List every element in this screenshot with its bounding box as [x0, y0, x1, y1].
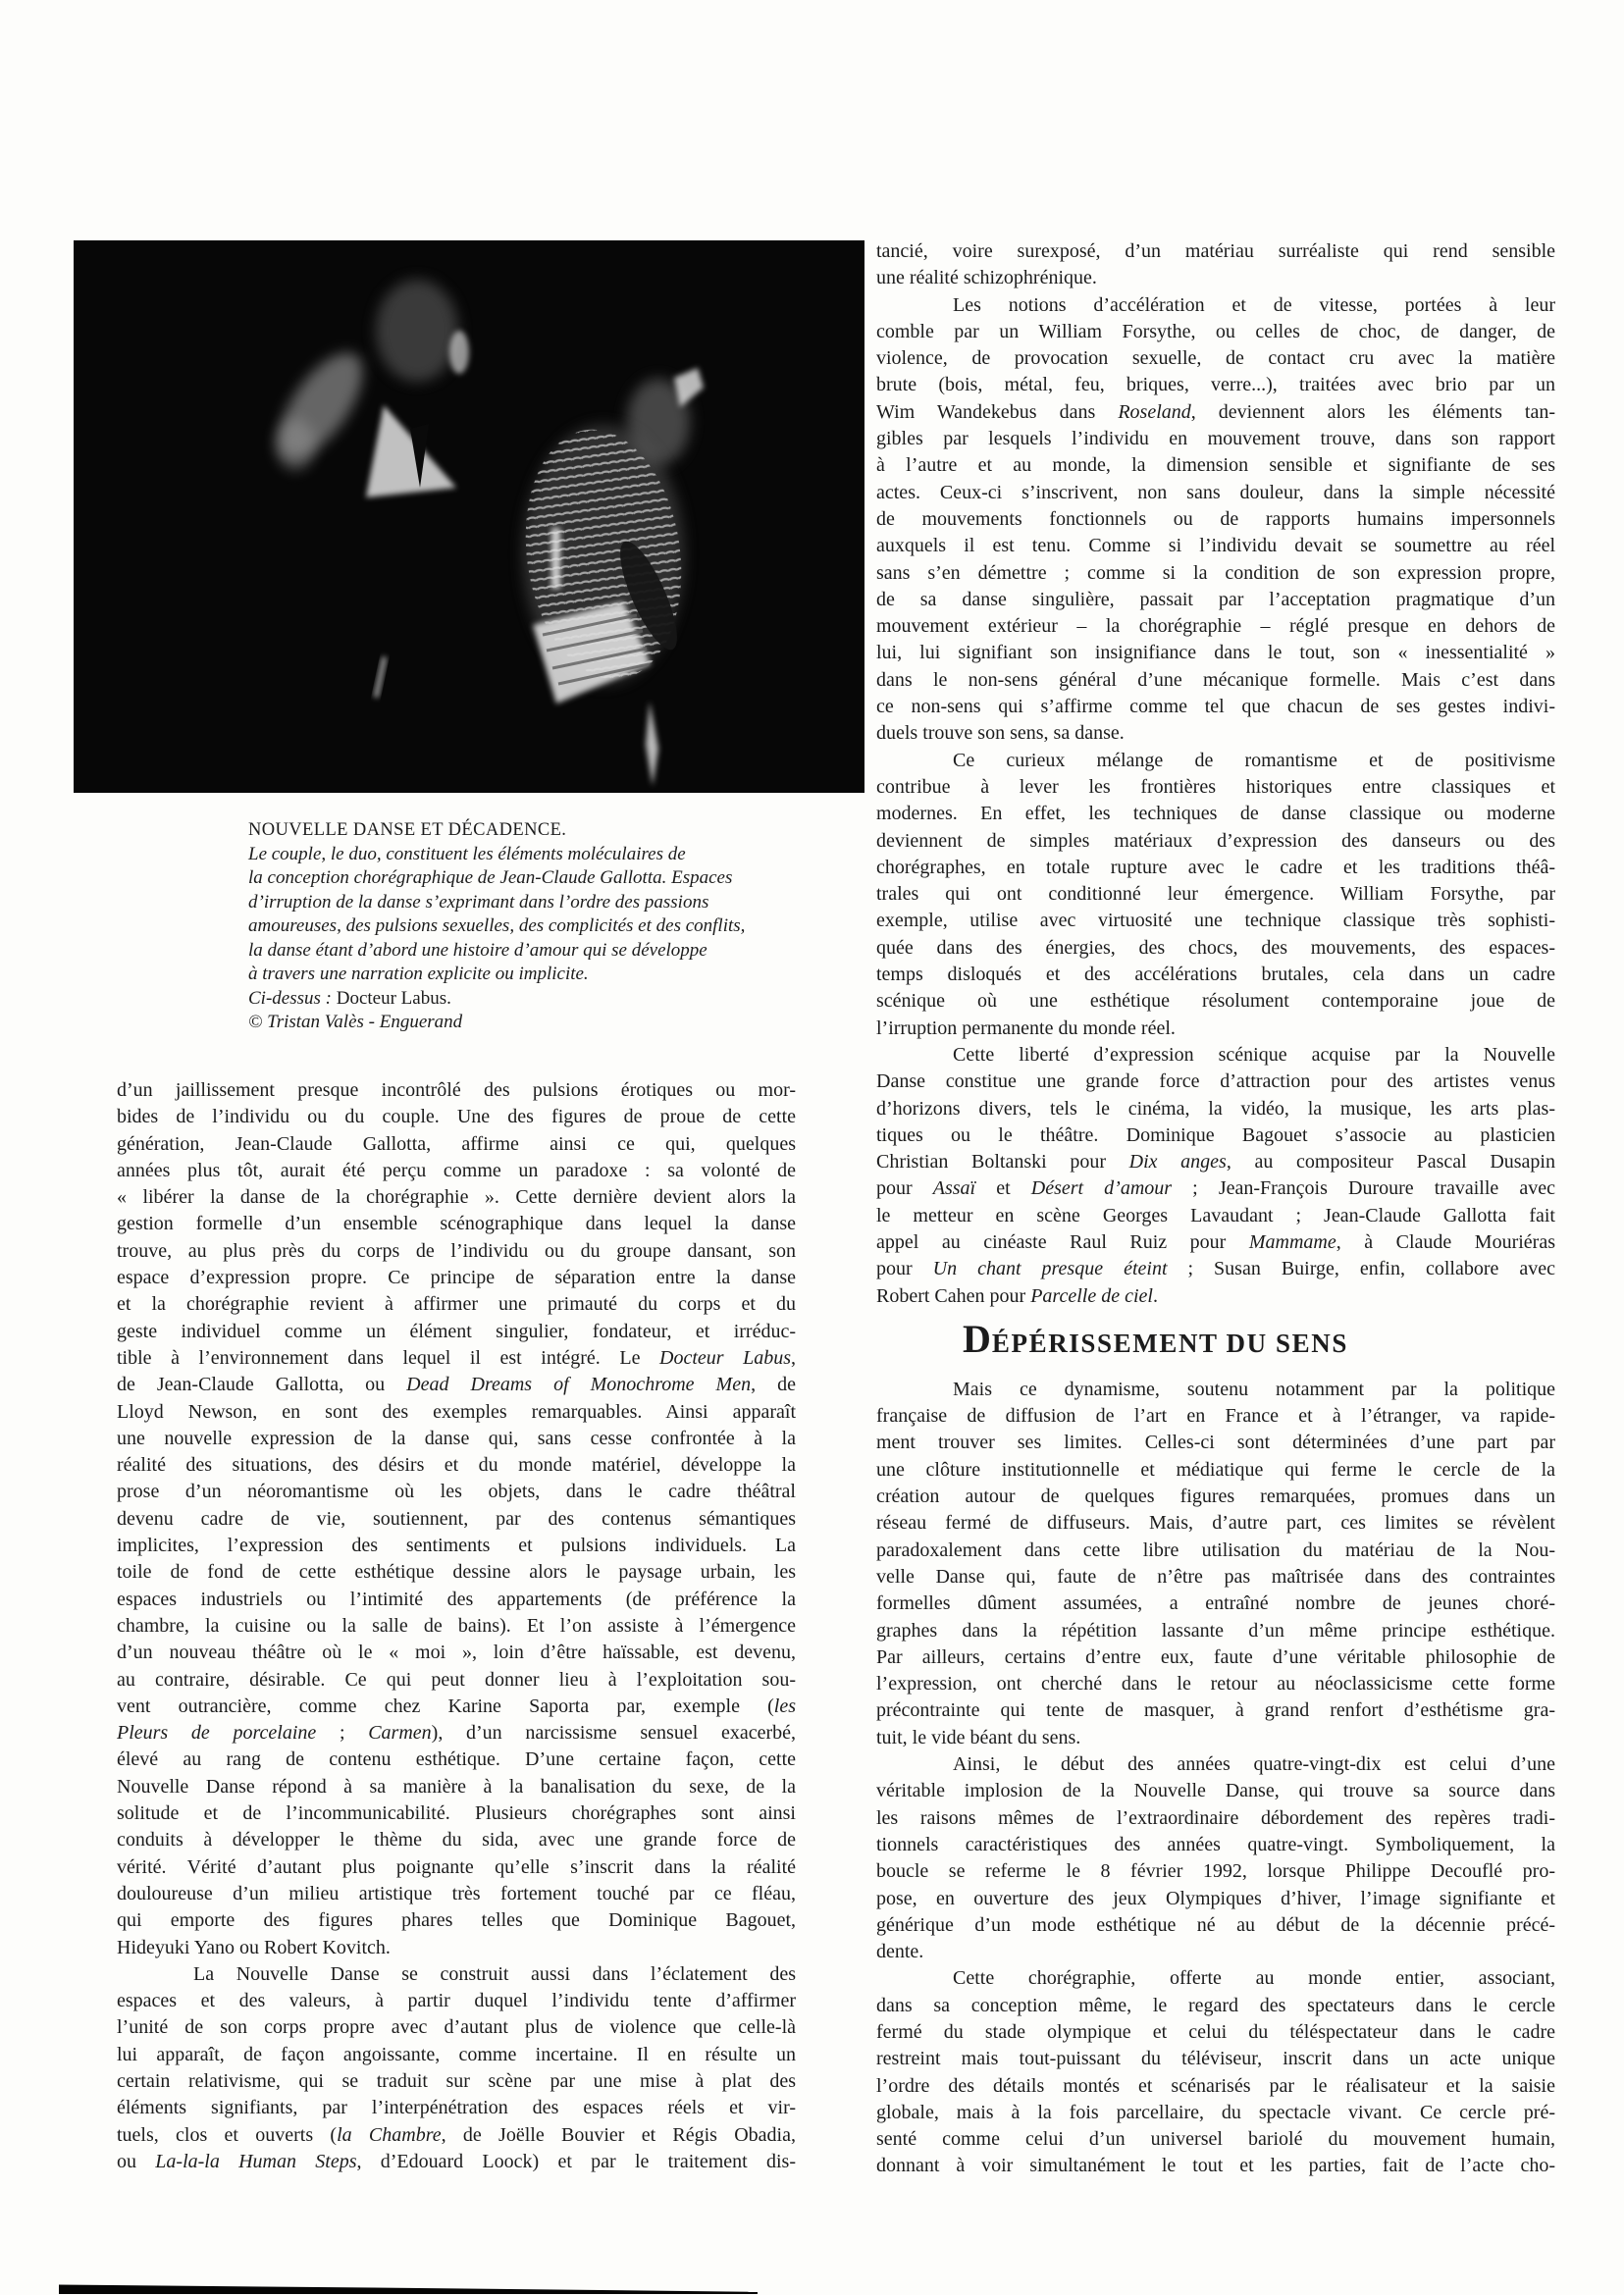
text-line: solitude et de l’incommunicabilité. Plus…	[117, 1800, 796, 1827]
text-line: pour Un chant presque éteint ; Susan Bui…	[876, 1256, 1555, 1282]
text-line: dans le non-sens général d’une mécanique…	[876, 667, 1555, 694]
text-line: comble par un William Forsythe, ou celle…	[876, 319, 1555, 345]
text-line: fermé du stade olympique et celui du tél…	[876, 2019, 1555, 2046]
text-line: toile de fond de cette esthétique dessin…	[117, 1559, 796, 1586]
text-line: réalité des situations, des désirs et du…	[117, 1452, 796, 1479]
text-line: Ainsi, le début des années quatre-vingt-…	[876, 1751, 1555, 1778]
text-line: Nouvelle Danse répond à sa manière à la …	[117, 1774, 796, 1800]
text-line: au contraire, désirable. Ce qui peut don…	[117, 1667, 796, 1694]
caption-line: amoureuses, des pulsions sexuelles, des …	[248, 914, 829, 939]
italic-segment: Désert d’amour	[1031, 1177, 1172, 1199]
italic-segment: Dix anges	[1129, 1151, 1227, 1173]
right-column-lower-text: Mais ce dynamisme, soutenu notamment par…	[876, 1377, 1555, 2180]
italic-segment: Docteur Labus	[659, 1347, 791, 1369]
text-line: implicites, l’expression des sentiments …	[117, 1533, 796, 1559]
text-line: certain relativisme, qui se traduit sur …	[117, 2068, 796, 2095]
italic-segment: les	[774, 1695, 796, 1717]
italic-segment: d’irruption de la danse s’exprimant dans…	[248, 892, 708, 913]
text-line: pour Assaï et Désert d’amour ; Jean-Fran…	[876, 1175, 1555, 1202]
paragraph: Cette chorégraphie, offerte au monde ent…	[876, 1965, 1555, 2179]
paragraph: La Nouvelle Danse se construit aussi dan…	[117, 1961, 796, 2175]
text-line: velle Danse qui, faute de n’être pas maî…	[876, 1564, 1555, 1591]
text-line: vérité. Vérité d’autant plus poignante q…	[117, 1854, 796, 1881]
italic-segment: Mammame	[1249, 1231, 1336, 1253]
text-line: paradoxalement dans cette libre utilisat…	[876, 1538, 1555, 1564]
text-line: française de diffusion de l’art en Franc…	[876, 1403, 1555, 1430]
text-line: globale, mais à la fois parcellaire, du …	[876, 2100, 1555, 2126]
text-line: élevé au rang de contenu esthétique. D’u…	[117, 1747, 796, 1773]
text-line: temps disloqués et des accélérations bru…	[876, 962, 1555, 988]
text-line: lui, lui signifiant son insignifiance da…	[876, 640, 1555, 666]
text-line: à l’autre et au monde, la dimension sens…	[876, 452, 1555, 479]
stage-photo	[74, 240, 864, 793]
section-heading: DÉPÉRISSEMENT DU SENS	[876, 1310, 1555, 1377]
text-line: une nouvelle expression de la danse qui,…	[117, 1426, 796, 1452]
text-line: d’un jaillissement presque incontrôlé de…	[117, 1077, 796, 1104]
text-line: Danse constitue une grande force d’attra…	[876, 1069, 1555, 1095]
text-line: une réalité schizophrénique.	[876, 265, 1555, 291]
text-line: senté comme celui d’un universel bariolé…	[876, 2126, 1555, 2153]
caption-line: d’irruption de la danse s’exprimant dans…	[248, 891, 829, 915]
paragraph: Les notions d’accélération et de vitesse…	[876, 292, 1555, 748]
caption-line: Le couple, le duo, constituent les éléme…	[248, 843, 829, 867]
section-heading-rest: ÉPÉRISSEMENT DU SENS	[992, 1329, 1348, 1358]
paragraph: Ce curieux mélange de romantisme et de p…	[876, 748, 1555, 1042]
text-line: les raisons mêmes de l’extraordinaire dé…	[876, 1805, 1555, 1832]
text-line: création autour de quelques figures rema…	[876, 1484, 1555, 1510]
text-line: Christian Boltanski pour Dix anges, au c…	[876, 1149, 1555, 1175]
italic-segment: Roseland	[1118, 401, 1190, 423]
text-line: espace d’expression propre. Ce principe …	[117, 1265, 796, 1291]
text-line: tuels, clos et ouverts (la Chambre, de J…	[117, 2122, 796, 2149]
italic-segment: Le couple, le duo, constituent les éléme…	[248, 844, 686, 864]
text-line: l’unité de son corps propre avec d’autan…	[117, 2014, 796, 2041]
text-line: espaces et des valeurs, à partir duquel …	[117, 1988, 796, 2014]
text-line: restreint mais tout-puissant du télévise…	[876, 2046, 1555, 2072]
text-line: trales qui ont conditionné leur émergenc…	[876, 881, 1555, 908]
photo-caption: NOUVELLE DANSE ET DÉCADENCE. Le couple, …	[248, 818, 829, 1035]
text-line: et la chorégraphie revient à affirmer un…	[117, 1291, 796, 1318]
italic-segment: Un chant presque éteint	[933, 1258, 1168, 1279]
stage-photo-illustration	[74, 240, 864, 793]
text-line: prose d’un néoromantisme où les objets, …	[117, 1479, 796, 1505]
text-line: gestion formelle d’un ensemble scénograp…	[117, 1211, 796, 1237]
italic-segment: Ci-dessus :	[248, 988, 332, 1009]
italic-segment: Pleurs de porcelaine	[117, 1722, 316, 1744]
text-line: tuit, le vide béant du sens.	[876, 1725, 1555, 1751]
right-column-upper-text: tancié, voire surexposé, d’un matériau s…	[876, 238, 1555, 1310]
text-line: Cette chorégraphie, offerte au monde ent…	[876, 1965, 1555, 1992]
text-line: trouve, au plus près du corps de l’indiv…	[117, 1238, 796, 1265]
text-line: ment trouver ses limites. Celles-ci sont…	[876, 1430, 1555, 1456]
text-line: ou La-la-la Human Steps, d’Edouard Loock…	[117, 2149, 796, 2175]
text-line: gibles par lesquels l’individu en mouvem…	[876, 426, 1555, 452]
text-line: sans s’en démettre ; comme si la conditi…	[876, 560, 1555, 587]
italic-segment: la conception chorégraphique de Jean-Cla…	[248, 867, 732, 888]
text-line: espaces industriels ou l’intimité des ap…	[117, 1587, 796, 1613]
paragraph: Ainsi, le début des années quatre-vingt-…	[876, 1751, 1555, 1965]
text-line: dans sa conception même, le regard des s…	[876, 1993, 1555, 2019]
text-line: éléments signifiants, par l’interpénétra…	[117, 2095, 796, 2121]
text-line: de sa danse singulière, passait par l’ac…	[876, 587, 1555, 613]
caption-line: © Tristan Valès - Enguerand	[248, 1011, 829, 1035]
text-line: graphes dans la répétition lassante d’un…	[876, 1618, 1555, 1644]
text-line: l’irruption permanente du monde réel.	[876, 1016, 1555, 1042]
text-line: scénique où une esthétique résolument co…	[876, 988, 1555, 1015]
text-line: modernes. En effet, les techniques de da…	[876, 801, 1555, 827]
text-line: boucle se referme le 8 février 1992, lor…	[876, 1858, 1555, 1885]
text-line: chorégraphes, en totale rupture avec le …	[876, 855, 1555, 881]
text-line: vent outrancière, comme chez Karine Sapo…	[117, 1694, 796, 1720]
text-line: d’un nouveau théâtre où le « moi », loin…	[117, 1640, 796, 1666]
text-line: formelles dûment assumées, a entraîné no…	[876, 1591, 1555, 1617]
text-line: exemple, utilise avec virtuosité une tec…	[876, 908, 1555, 934]
text-line: tible à l’environnement dans lequel il e…	[117, 1345, 796, 1372]
text-line: Pleurs de porcelaine ; Carmen), d’un nar…	[117, 1720, 796, 1747]
text-line: tionnels caractéristiques des années qua…	[876, 1832, 1555, 1858]
text-line: ce non-sens qui s’affirme comme tel que …	[876, 694, 1555, 720]
italic-segment: Dead Dreams of Monochrome Men	[406, 1374, 751, 1395]
text-line: « libérer la danse de la chorégraphie ».…	[117, 1184, 796, 1211]
italic-segment: Assaï	[933, 1177, 975, 1199]
text-line: réseau fermé de diffuseurs. Mais, d’autr…	[876, 1510, 1555, 1537]
text-line: mouvement extérieur – la chorégraphie – …	[876, 613, 1555, 640]
text-line: violence, de provocation sexuelle, de co…	[876, 345, 1555, 372]
text-line: véritable implosion de la Nouvelle Danse…	[876, 1778, 1555, 1804]
paragraph: tancié, voire surexposé, d’un matériau s…	[876, 238, 1555, 292]
text-line: Lloyd Newson, en sont des exemples remar…	[117, 1399, 796, 1426]
scan-edge-artifact	[59, 2284, 758, 2294]
italic-segment: Carmen	[368, 1722, 431, 1744]
text-line: douloureuse d’un milieu artistique très …	[117, 1881, 796, 1907]
text-line: Ce curieux mélange de romantisme et de p…	[876, 748, 1555, 774]
caption-line: la danse étant d’abord une histoire d’am…	[248, 939, 829, 964]
text-line: auxquels il est tenu. Comme si l’individ…	[876, 533, 1555, 559]
text-line: générique d’un mode esthétique né au déb…	[876, 1912, 1555, 1939]
text-line: devenu cadre de vie, soutiennent, par de…	[117, 1506, 796, 1533]
text-line: deviennent de simples matériaux d’expres…	[876, 828, 1555, 855]
text-line: actes. Ceux-ci s’inscrivent, non sans do…	[876, 480, 1555, 506]
italic-segment: amoureuses, des pulsions sexuelles, des …	[248, 915, 745, 936]
italic-segment: © Tristan Valès - Enguerand	[248, 1012, 462, 1032]
italic-segment: la danse étant d’abord une histoire d’am…	[248, 940, 707, 961]
paragraph: Mais ce dynamisme, soutenu notamment par…	[876, 1377, 1555, 1751]
text-line: de mouvements fonctionnels ou de rapport…	[876, 506, 1555, 533]
text-line: Les notions d’accélération et de vitesse…	[876, 292, 1555, 319]
caption-title: NOUVELLE DANSE ET DÉCADENCE.	[248, 818, 829, 843]
italic-segment: à travers une narration explicite ou imp…	[248, 964, 589, 984]
text-line: Hideyuki Yano ou Robert Kovitch.	[117, 1935, 796, 1961]
text-line: Robert Cahen pour Parcelle de ciel.	[876, 1283, 1555, 1310]
text-line: brute (bois, métal, feu, briques, verre.…	[876, 372, 1555, 398]
caption-line: Ci-dessus : Docteur Labus.	[248, 987, 829, 1012]
caption-line: la conception chorégraphique de Jean-Cla…	[248, 866, 829, 891]
text-line: quée dans des énergies, des chocs, des m…	[876, 935, 1555, 962]
text-line: Par ailleurs, certains d’entre eux, faut…	[876, 1644, 1555, 1671]
right-column: tancié, voire surexposé, d’un matériau s…	[876, 238, 1555, 2180]
text-line: Wim Wandekebus dans Roseland, deviennent…	[876, 399, 1555, 426]
text-line: pose, en ouverture des jeux Olympiques d…	[876, 1886, 1555, 1912]
paragraph: Cette liberté d’expression scénique acqu…	[876, 1042, 1555, 1310]
scanned-book-page: NOUVELLE DANSE ET DÉCADENCE. Le couple, …	[0, 0, 1624, 2295]
text-line: années plus tôt, aurait été perçu comme …	[117, 1158, 796, 1184]
text-line: bides de l’individu ou du couple. Une de…	[117, 1104, 796, 1130]
text-line: l’ordre des détails montés et scénarisés…	[876, 2073, 1555, 2100]
text-line: dente.	[876, 1939, 1555, 1965]
text-line: geste individuel comme un élément singul…	[117, 1319, 796, 1345]
text-line: Cette liberté d’expression scénique acqu…	[876, 1042, 1555, 1069]
caption-line: à travers une narration explicite ou imp…	[248, 963, 829, 987]
text-line: Mais ce dynamisme, soutenu notamment par…	[876, 1377, 1555, 1403]
text-line: précontrainte qui tente de masquer, à gr…	[876, 1697, 1555, 1724]
section-heading-initial: D	[963, 1317, 992, 1361]
text-line: conduits à développer le thème du sida, …	[117, 1827, 796, 1853]
text-line: une clôture institutionnelle et médiatiq…	[876, 1457, 1555, 1484]
text-line: le metteur en scène Georges Lavaudant ; …	[876, 1203, 1555, 1229]
text-line: tiques ou le théâtre. Dominique Bagouet …	[876, 1122, 1555, 1149]
text-line: tancié, voire surexposé, d’un matériau s…	[876, 238, 1555, 265]
caption-body: Le couple, le duo, constituent les éléme…	[248, 843, 829, 1035]
text-line: appel au cinéaste Raul Ruiz pour Mammame…	[876, 1229, 1555, 1256]
left-column: d’un jaillissement presque incontrôlé de…	[117, 1077, 796, 2175]
text-line: chambre, la cuisine ou la salle de bains…	[117, 1613, 796, 1640]
text-line: contribue à lever les frontières histori…	[876, 774, 1555, 801]
text-line: donnant à voir simultanément le tout et …	[876, 2153, 1555, 2179]
text-line: l’expression, ont cherché dans le retour…	[876, 1671, 1555, 1697]
text-line: La Nouvelle Danse se construit aussi dan…	[117, 1961, 796, 1988]
italic-segment: Parcelle de ciel	[1030, 1285, 1153, 1307]
text-line: génération, Jean-Claude Gallotta, affirm…	[117, 1131, 796, 1158]
text-line: qui emporte des figures phares telles qu…	[117, 1907, 796, 1934]
italic-segment: La-la-la Human Steps	[155, 2151, 356, 2172]
italic-segment: la Chambre	[337, 2124, 442, 2146]
text-line: lui apparaît, de façon angoissante, comm…	[117, 2042, 796, 2068]
text-line: de Jean-Claude Gallotta, ou Dead Dreams …	[117, 1372, 796, 1398]
text-line: d’horizons divers, tels le cinéma, la vi…	[876, 1096, 1555, 1122]
paragraph: d’un jaillissement presque incontrôlé de…	[117, 1077, 796, 1961]
text-line: duels trouve son sens, sa danse.	[876, 720, 1555, 747]
